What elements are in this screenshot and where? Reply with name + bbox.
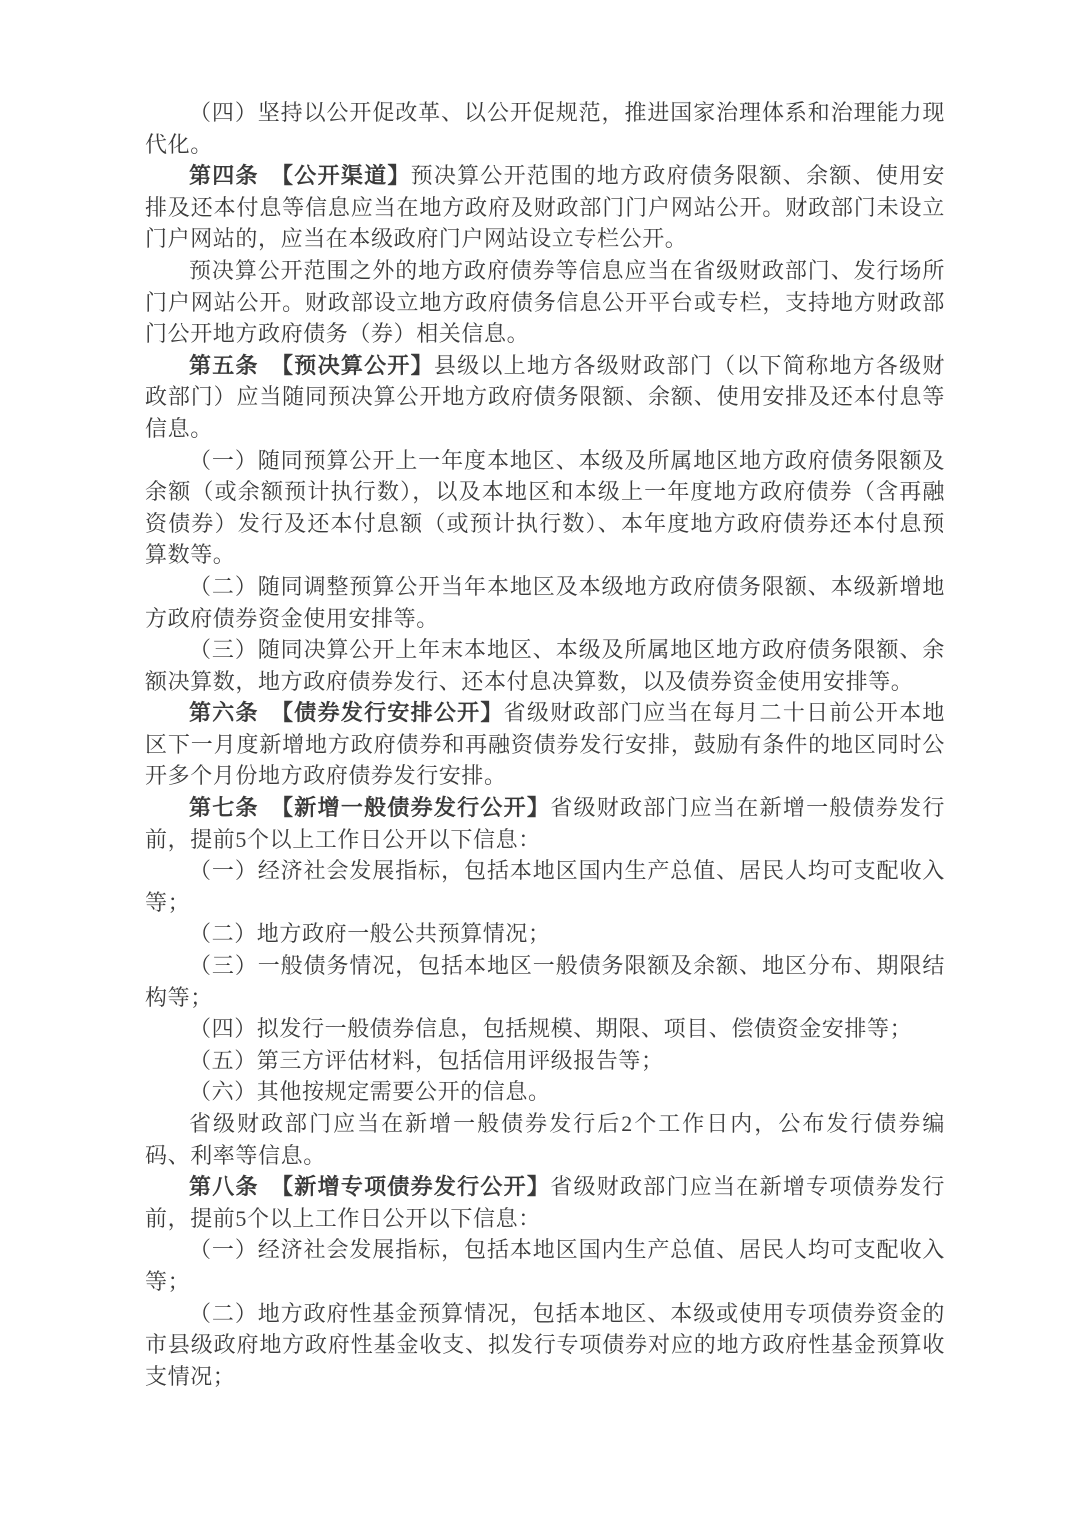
text-run: 预决算公开范围之外的地方政府债券等信息应当在省级财政部门、发行场所门户网站公开。… — [145, 258, 945, 346]
text-run: （六）其他按规定需要公开的信息。 — [189, 1079, 551, 1104]
paragraph: （五）第三方评估材料，包括信用评级报告等； — [145, 1045, 945, 1077]
paragraph: 第六条 【债券发行安排公开】省级财政部门应当在每月二十日前公开本地区下一月度新增… — [145, 697, 945, 792]
paragraph: （四）拟发行一般债券信息，包括规模、期限、项目、偿债资金安排等； — [145, 1013, 945, 1045]
text-run: （三）一般债务情况，包括本地区一般债务限额及余额、地区分布、期限结构等； — [145, 953, 945, 1010]
text-run: （二）随同调整预算公开当年本地区及本级地方政府债务限额、本级新增地方政府债券资金… — [145, 574, 945, 631]
text-run: （四）拟发行一般债券信息，包括规模、期限、项目、偿债资金安排等； — [189, 1016, 912, 1041]
document-page: （四）坚持以公开促改革、以公开促规范，推进国家治理体系和治理能力现代化。第四条 … — [0, 0, 1074, 1520]
paragraph: （一）经济社会发展指标，包括本地区国内生产总值、居民人均可支配收入等； — [145, 1234, 945, 1297]
paragraph: 预决算公开范围之外的地方政府债券等信息应当在省级财政部门、发行场所门户网站公开。… — [145, 255, 945, 350]
paragraph: （一）经济社会发展指标，包括本地区国内生产总值、居民人均可支配收入等； — [145, 855, 945, 918]
text-run: （五）第三方评估材料，包括信用评级报告等； — [189, 1048, 664, 1073]
paragraph: （三）一般债务情况，包括本地区一般债务限额及余额、地区分布、期限结构等； — [145, 950, 945, 1013]
article-label: 第八条 【新增专项债券发行公开】 — [189, 1174, 550, 1199]
paragraph: （三）随同决算公开上年末本地区、本级及所属地区地方政府债务限额、余额决算数，地方… — [145, 634, 945, 697]
paragraph: （四）坚持以公开促改革、以公开促规范，推进国家治理体系和治理能力现代化。 — [145, 97, 945, 160]
paragraph: （一）随同预算公开上一年度本地区、本级及所属地区地方政府债务限额及余额（或余额预… — [145, 445, 945, 571]
text-run: （三）随同决算公开上年末本地区、本级及所属地区地方政府债务限额、余额决算数，地方… — [145, 637, 945, 694]
paragraph: 第五条 【预决算公开】县级以上地方各级财政部门（以下简称地方各级财政部门）应当随… — [145, 350, 945, 445]
article-label: 第四条 【公开渠道】 — [189, 163, 411, 188]
paragraph: （二）地方政府一般公共预算情况； — [145, 918, 945, 950]
paragraph: （二）随同调整预算公开当年本地区及本级地方政府债务限额、本级新增地方政府债券资金… — [145, 571, 945, 634]
paragraph: （二）地方政府性基金预算情况，包括本地区、本级或使用专项债券资金的市县级政府地方… — [145, 1298, 945, 1393]
text-run: （四）坚持以公开促改革、以公开促规范，推进国家治理体系和治理能力现代化。 — [145, 100, 945, 157]
article-label: 第六条 【债券发行安排公开】 — [189, 700, 504, 725]
text-run: （二）地方政府一般公共预算情况； — [189, 921, 551, 946]
paragraph: （六）其他按规定需要公开的信息。 — [145, 1076, 945, 1108]
text-run: （一）经济社会发展指标，包括本地区国内生产总值、居民人均可支配收入等； — [145, 1237, 945, 1294]
paragraph: 第七条 【新增一般债券发行公开】省级财政部门应当在新增一般债券发行前，提前5个以… — [145, 792, 945, 855]
article-label: 第七条 【新增一般债券发行公开】 — [189, 795, 550, 820]
document-text-block: （四）坚持以公开促改革、以公开促规范，推进国家治理体系和治理能力现代化。第四条 … — [145, 97, 945, 1392]
text-run: （一）随同预算公开上一年度本地区、本级及所属地区地方政府债务限额及余额（或余额预… — [145, 448, 945, 568]
paragraph: 第八条 【新增专项债券发行公开】省级财政部门应当在新增专项债券发行前，提前5个以… — [145, 1171, 945, 1234]
article-label: 第五条 【预决算公开】 — [189, 353, 434, 378]
text-run: （二）地方政府性基金预算情况，包括本地区、本级或使用专项债券资金的市县级政府地方… — [145, 1301, 945, 1389]
text-run: 省级财政部门应当在新增一般债券发行后2个工作日内，公布发行债券编码、利率等信息。 — [145, 1111, 945, 1168]
text-run: （一）经济社会发展指标，包括本地区国内生产总值、居民人均可支配收入等； — [145, 858, 945, 915]
paragraph: 第四条 【公开渠道】预决算公开范围的地方政府债务限额、余额、使用安排及还本付息等… — [145, 160, 945, 255]
paragraph: 省级财政部门应当在新增一般债券发行后2个工作日内，公布发行债券编码、利率等信息。 — [145, 1108, 945, 1171]
